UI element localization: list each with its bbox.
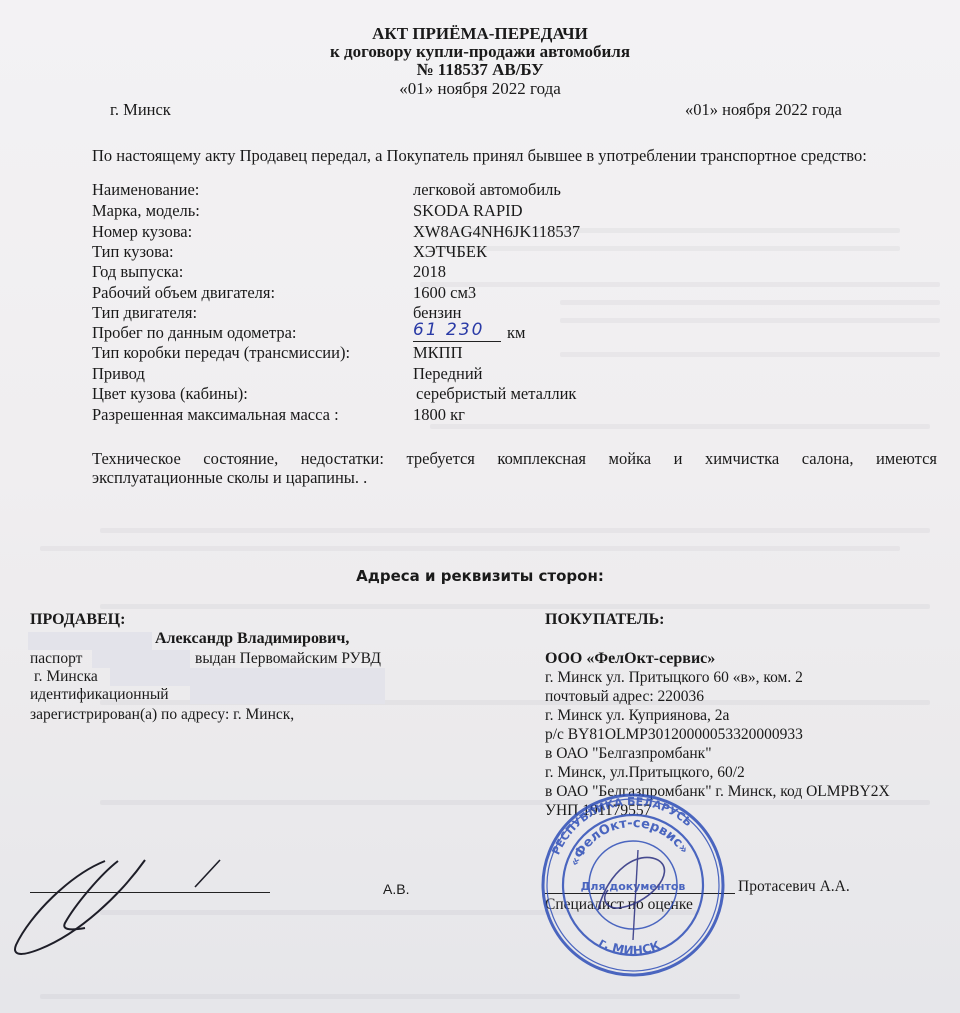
buyer-heading: ПОКУПАТЕЛЬ: xyxy=(545,611,664,629)
buyer-signatory: Протасевич А.А. xyxy=(738,878,850,896)
vehicle-label: Рабочий объем двигателя: xyxy=(92,283,275,303)
svg-text:Для документов: Для документов xyxy=(581,880,686,893)
vehicle-value: SKODA RAPID xyxy=(413,201,523,221)
vehicle-label: Тип кузова: xyxy=(92,242,174,262)
buyer-account: р/с BY81OLMP30120000053320000933 xyxy=(545,726,803,744)
seller-registration: зарегистрирован(а) по адресу: г. Минск, xyxy=(30,706,294,724)
seller-initials: А.В. xyxy=(383,881,409,897)
parties-heading: Адреса и реквизиты сторон: xyxy=(0,567,960,585)
document-title: АКТ ПРИЁМА-ПЕРЕДАЧИ xyxy=(0,24,960,44)
vehicle-label: Тип двигателя: xyxy=(92,303,197,323)
buyer-bank: в ОАО "Белгазпромбанк" xyxy=(545,745,712,763)
vehicle-value: XW8AG4NH6JK118537 xyxy=(413,222,580,242)
condition-line-1: Техническое состояние, недостатки: требу… xyxy=(92,449,937,469)
vehicle-value: серебристый металлик xyxy=(416,384,576,404)
odometer-unit: км xyxy=(507,323,525,343)
redacted-surname xyxy=(28,632,152,650)
odometer-handwritten-value: 61 230 xyxy=(413,320,484,340)
vehicle-label: Разрешенная максимальная масса : xyxy=(92,405,339,425)
seller-name: Александр Владимирович, xyxy=(155,630,349,648)
redacted-passport-number xyxy=(92,650,190,668)
vehicle-label: Пробег по данным одометра: xyxy=(92,323,297,343)
document-date-right: «01» ноября 2022 года xyxy=(685,100,842,120)
intro-text: По настоящему акту Продавец передал, а П… xyxy=(92,146,867,166)
id-label: идентификационный xyxy=(30,686,169,704)
redacted-passport-date xyxy=(110,668,385,686)
vehicle-value: 1600 см3 xyxy=(413,283,476,303)
seller-signature xyxy=(10,855,240,960)
vehicle-label: Привод xyxy=(92,364,145,384)
document-date: «01» ноября 2022 года xyxy=(0,79,960,99)
vehicle-label: Цвет кузова (кабины): xyxy=(92,384,248,404)
vehicle-label: Год выпуска: xyxy=(92,262,183,282)
vehicle-value: 2018 xyxy=(413,262,446,282)
document-subtitle: к договору купли-продажи автомобиля xyxy=(0,42,960,62)
vehicle-label: Тип коробки передач (трансмиссии): xyxy=(92,343,350,363)
document-city: г. Минск xyxy=(110,100,171,120)
condition-line-2: эксплуатационные сколы и царапины. . xyxy=(92,468,367,488)
odometer-underline xyxy=(413,341,501,342)
vehicle-value: легковой автомобиль xyxy=(413,180,561,200)
vehicle-label: Номер кузова: xyxy=(92,222,192,242)
svg-text:г. МИНСК: г. МИНСК xyxy=(597,935,663,958)
vehicle-value: ХЭТЧБЕК xyxy=(413,242,487,262)
redacted-id-number xyxy=(190,686,385,704)
seller-heading: ПРОДАВЕЦ: xyxy=(30,611,125,629)
buyer-postal: почтовый адрес: 220036 xyxy=(545,688,704,706)
vehicle-value: Передний xyxy=(413,364,482,384)
buyer-postal-address: г. Минск ул. Куприянова, 2а xyxy=(545,707,729,725)
vehicle-label: Марка, модель: xyxy=(92,201,200,221)
company-stamp: РЕСПУБЛИКА БЕЛАРУСЬ «ФелОкт-сервис» Для … xyxy=(538,790,728,980)
passport-issued-by: выдан Первомайским РУВД xyxy=(195,650,381,668)
vehicle-value: МКПП xyxy=(413,343,463,363)
buyer-company: ООО «ФелОкт-сервис» xyxy=(545,650,715,668)
buyer-bank-address: г. Минск, ул.Притыцкого, 60/2 xyxy=(545,764,745,782)
buyer-address: г. Минск ул. Притыцкого 60 «в», ком. 2 xyxy=(545,669,803,687)
seller-city: г. Минска xyxy=(34,668,98,686)
vehicle-label: Наименование: xyxy=(92,180,199,200)
passport-label: паспорт xyxy=(30,650,82,668)
contract-number: № 118537 АВ/БУ xyxy=(0,60,960,80)
vehicle-value: 1800 кг xyxy=(413,405,465,425)
